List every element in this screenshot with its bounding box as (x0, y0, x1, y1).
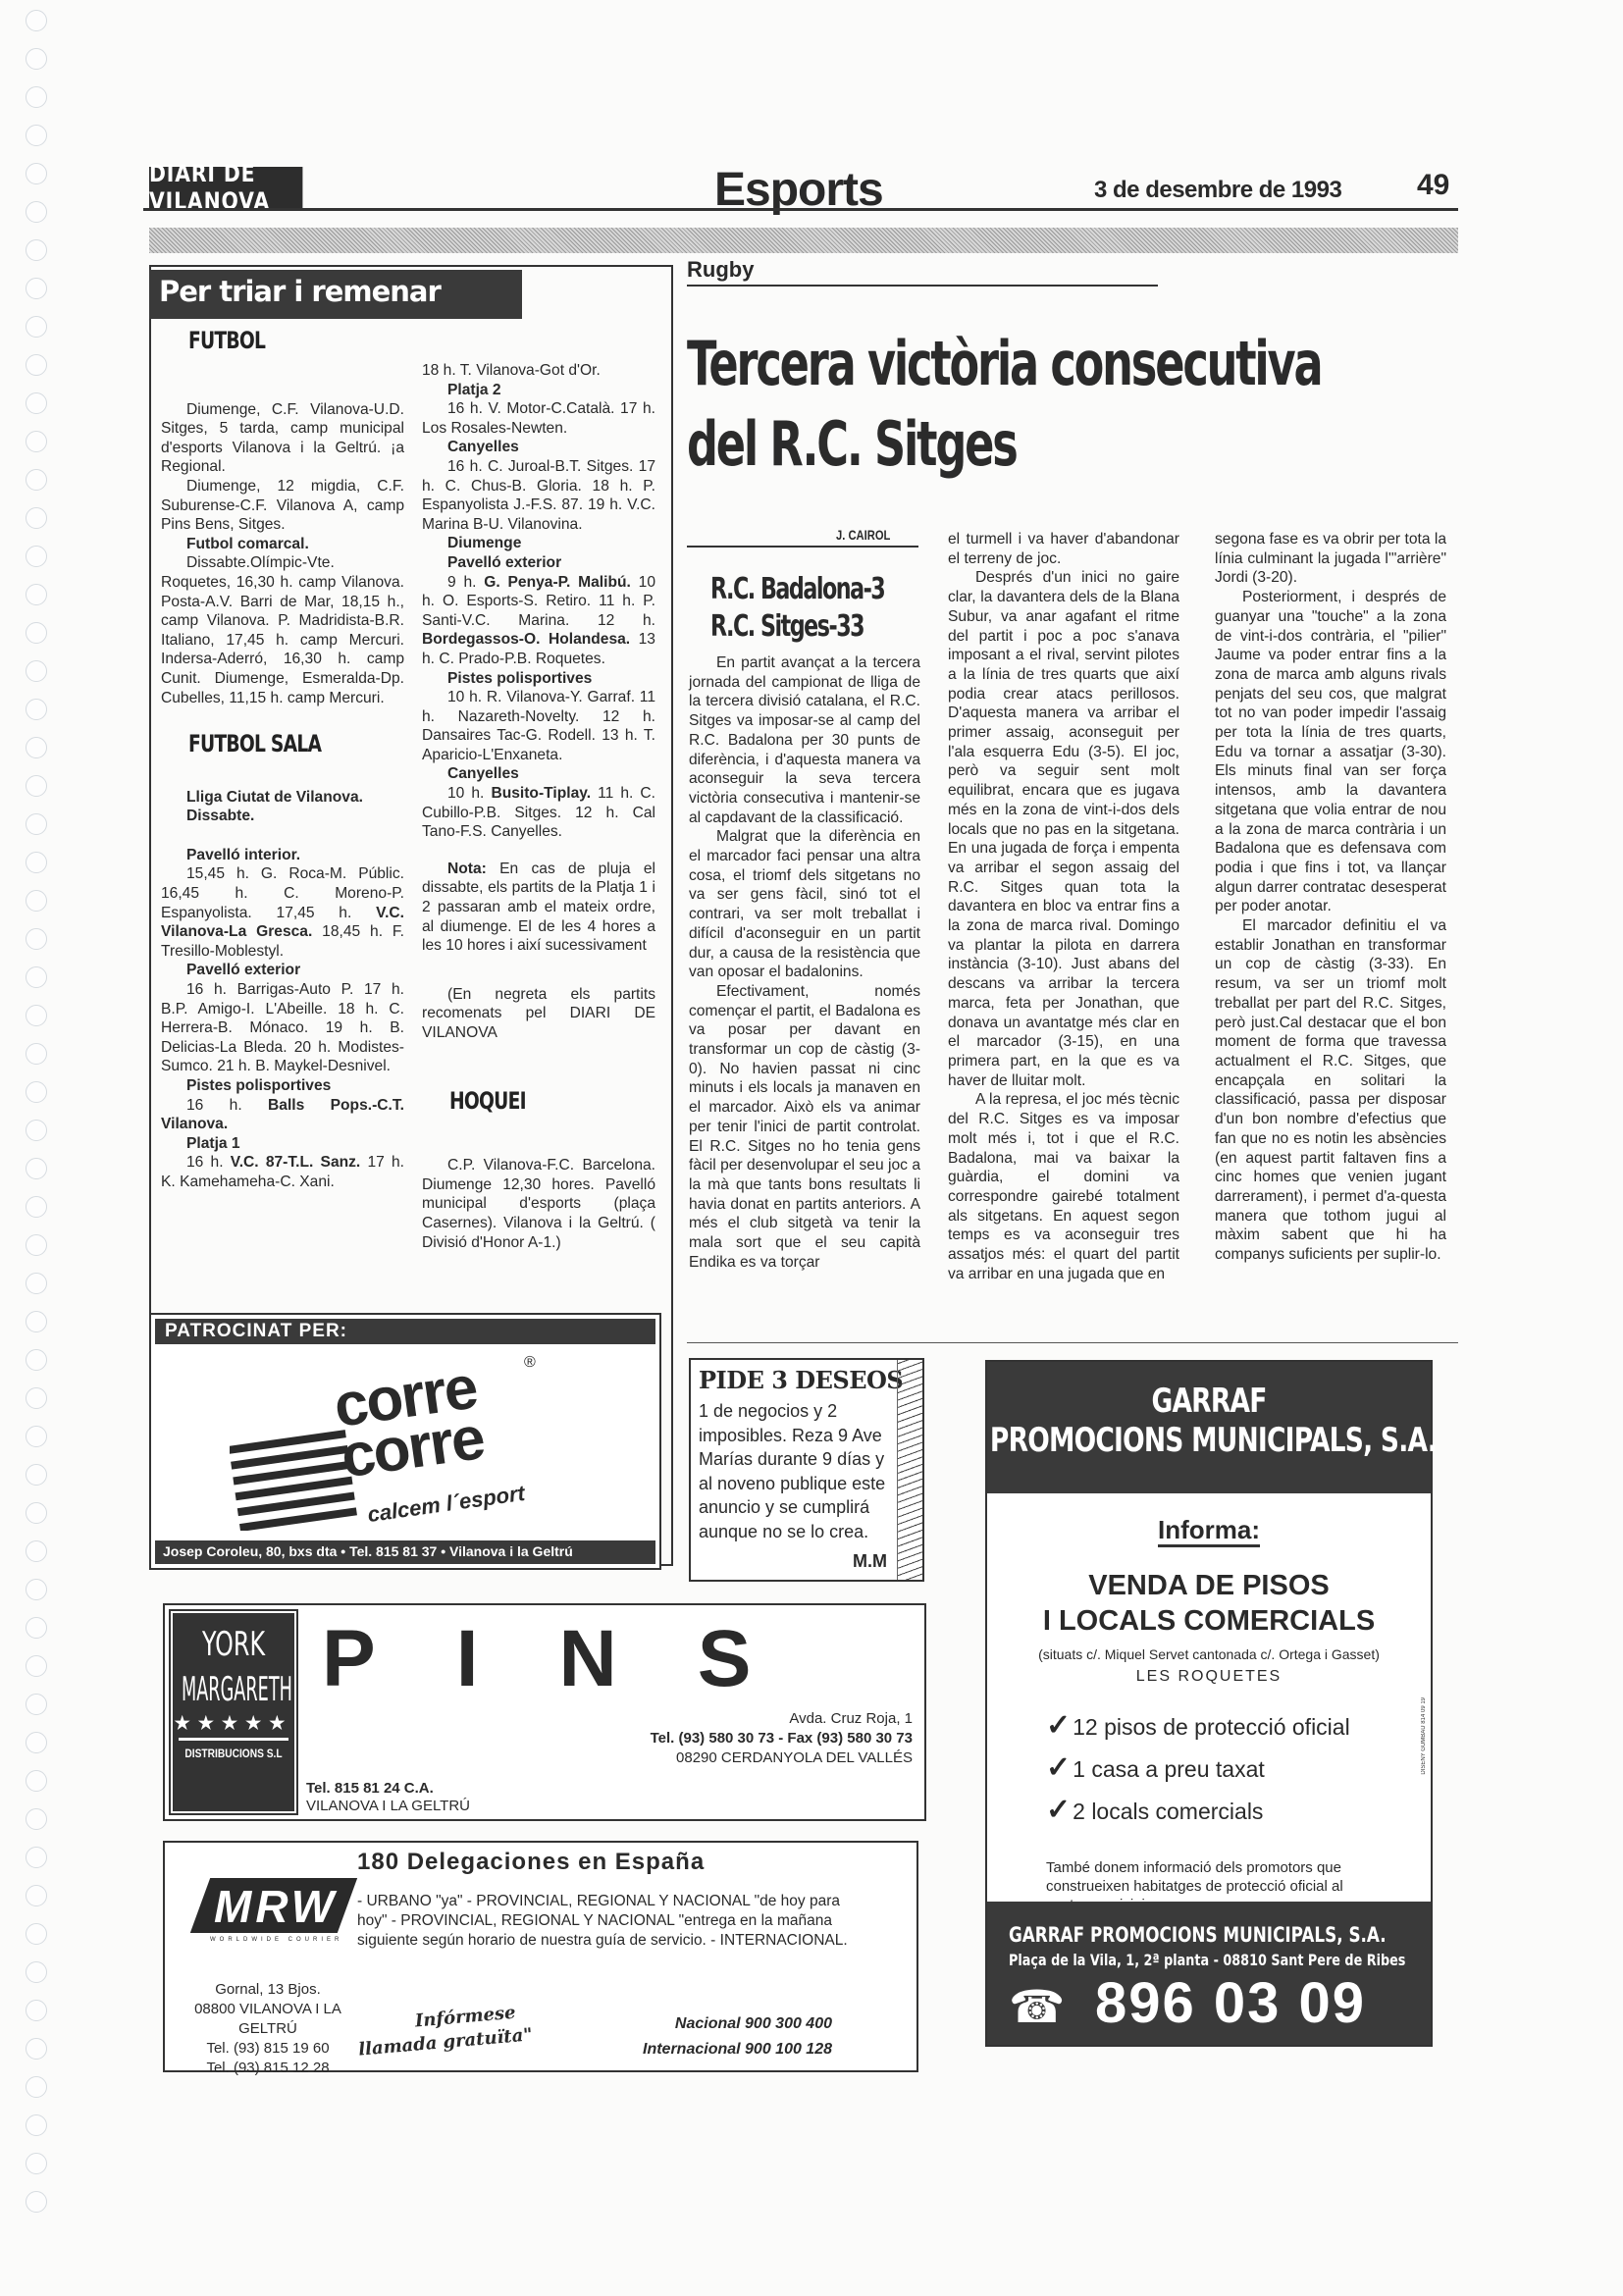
platja1-label: Platja 1 (161, 1134, 404, 1154)
mrw-headline: 180 Delegaciones en España (357, 1849, 705, 1876)
wavy-border-decoration (897, 1360, 922, 1580)
issue-date: 3 de desembre de 1993 (1094, 177, 1341, 204)
canyelles-label: Canyelles (422, 438, 655, 457)
pide-deseos-ad: PIDE 3 DESEOS 1 de negocios y 2 imposibl… (689, 1358, 924, 1582)
york-pins-ad: YORK MARGARETH ★★★★★ DISTRIBUCIONS S.L P… (163, 1603, 926, 1821)
check-icon: ✓ (1046, 1794, 1071, 1826)
platja2-label: Platja 2 (422, 381, 655, 400)
heading-hoquei: HOQUEI (449, 1092, 610, 1112)
futbol-comarcal-label: Futbol comarcal. (161, 535, 404, 554)
dissabte-label: Dissabte. (161, 807, 404, 826)
pavello-exterior-label: Pavelló exterior (422, 553, 655, 573)
article-column-2: el turmell i va haver d'abandonar el ter… (948, 530, 1179, 1283)
header-rule (143, 208, 1458, 211)
mrw-address: Gornal, 13 Bjos. 08800 VILANOVA I LA GEL… (165, 1980, 371, 2078)
canyelles-label: Canyelles (422, 764, 655, 784)
check-icon: ✓ (1046, 1751, 1071, 1784)
garraf-offer-list: ✓12 pisos de protecció oficial ✓1 casa a… (1046, 1705, 1350, 1832)
article-bottom-rule (687, 1342, 1458, 1343)
garraf-location-detail: (situats c/. Miquel Servet cantonada c/.… (987, 1646, 1431, 1662)
heading-futbol: FUTBOL (188, 332, 357, 351)
pistes-label: Pistes polisportives (422, 669, 655, 689)
garraf-title: GARRAF PROMOCIONS MUNICIPALS, S.A. (987, 1362, 1431, 1493)
heading-futbol-sala: FUTBOL SALA (188, 735, 357, 755)
newspaper-logo: DIARI DE VILANOVA (149, 167, 302, 208)
garraf-informa: Informa: (987, 1515, 1431, 1545)
corre-corre-logo: corre corre ® calcem l´esport (230, 1354, 563, 1531)
page-number: 49 (1417, 169, 1449, 202)
futbol-item: Diumenge, C.F. Vilanova-U.D. Sitges, 5 t… (161, 400, 404, 477)
offer-item: ✓2 locals comercials (1046, 1790, 1350, 1832)
canyelles2-text: 10 h. Busito-Tiplay. 11 h. C. Cubillo-P.… (422, 784, 655, 842)
listings-column-1: FUTBOL Diumenge, C.F. Vilanova-U.D. Sitg… (161, 332, 404, 1192)
pins-logo: PINS (322, 1613, 831, 1705)
hoquei-text: C.P. Vilanova-F.C. Barcelona. Diumenge 1… (422, 1156, 655, 1252)
check-icon: ✓ (1046, 1709, 1071, 1742)
article-category: Rugby (687, 257, 754, 283)
platja1-text: 16 h. V.C. 87-T.L. Sanz. 17 h. K. Kameha… (161, 1153, 404, 1191)
mrw-services: - URBANO "ya" - PROVINCIAL, REGIONAL Y N… (357, 1892, 848, 1951)
pavello-exterior-label: Pavelló exterior (161, 961, 404, 980)
futbol-item: Diumenge, 12 migdia, C.F. Suburense-C.F.… (161, 477, 404, 535)
byline: J. CAIROL (836, 527, 890, 543)
mrw-informese: Infórmese llamada gratuïta" (355, 2000, 533, 2061)
mrw-logo: MRW WORLDWIDE COURIER (200, 1878, 347, 1947)
pavello-interior-text: 15,45 h. G. Roca-M. Públic. 16,45 h. C. … (161, 864, 404, 961)
stars-icon: ★★★★★ (173, 1713, 294, 1734)
listings-title: Per triar i remenar (149, 270, 522, 319)
offer-item: ✓1 casa a preu taxat (1046, 1748, 1350, 1790)
sponsor-label: PATROCINAT PER: (155, 1319, 655, 1344)
article-column-3: segona fase es va obrir per tota la líni… (1215, 530, 1446, 1265)
mrw-phone-numbers: Nacional 900 300 400 Internacional 900 1… (557, 2011, 832, 2062)
binder-holes (26, 10, 49, 2229)
pistes-label: Pistes polisportives (161, 1076, 404, 1096)
pide-signature: M.M (853, 1551, 887, 1572)
futbol-comarcal-text: Dissabte.Olímpic-Vte. Roquetes, 16,30 h.… (161, 553, 404, 707)
pins-address: Avda. Cruz Roja, 1 Tel. (93) 580 30 73 -… (651, 1709, 913, 1768)
listing-line: 18 h. T. Vilanova-Got d'Or. (422, 361, 655, 381)
telephone-icon: ☎ (1009, 1980, 1065, 2033)
pide-title: PIDE 3 DESEOS (699, 1366, 903, 1394)
registered-mark: ® (524, 1354, 536, 1372)
listings-column-2: 18 h. T. Vilanova-Got d'Or. Platja 2 16 … (422, 361, 655, 1252)
corre-address: Josep Coroleu, 80, bxs dta • Tel. 815 81… (155, 1540, 655, 1564)
canyelles-text: 16 h. C. Juroal-B.T. Sitges. 17 h. C. Ch… (422, 457, 655, 534)
design-credit: DISENY GUMBAU 814 09 19 (1421, 1697, 1427, 1775)
platja2-text: 16 h. V. Motor-C.Català. 17 h. Los Rosal… (422, 399, 655, 438)
garraf-location: LES ROQUETES (987, 1668, 1431, 1686)
garraf-contact-footer: GARRAF PROMOCIONS MUNICIPALS, S.A. Plaça… (987, 1902, 1431, 2045)
diumenge-label: Diumenge (422, 534, 655, 553)
corre-corre-ad: PATROCINAT PER: corre corre ® calcem l´e… (149, 1313, 661, 1570)
article-column-1: En partit avançat a la tercera jornada d… (689, 653, 920, 1273)
category-rule (687, 285, 1158, 287)
offer-item: ✓12 pisos de protecció oficial (1046, 1705, 1350, 1748)
halftone-divider (149, 228, 1458, 253)
negreta-note: (En negreta els partits recomenats pel D… (422, 985, 655, 1043)
pistes-text: 16 h. Balls Pops.-C.T. Vilanova. (161, 1096, 404, 1134)
byline-rule (687, 546, 918, 548)
article-headline: Tercera victòria consecutiva del R.C. Si… (687, 324, 1323, 485)
pavello-exterior-text: 16 h. Barrigas-Auto P. 17 h. B.P. Amigo-… (161, 980, 404, 1076)
nota-text: Nota: En cas de pluja el dissabte, els p… (422, 860, 655, 956)
pide-body: 1 de negocios y 2 imposibles. Reza 9 Ave… (699, 1399, 895, 1543)
pistes-text: 10 h. R. Vilanova-Y. Garraf. 11 h. Nazar… (422, 688, 655, 764)
pavello-interior-label: Pavelló interior. (161, 846, 404, 865)
york-contact: Tel. 815 81 24 C.A. VILANOVA I LA GELTRÚ (306, 1780, 470, 1815)
garraf-phone: 896 03 09 (1095, 1970, 1366, 2036)
mrw-ad: MRW WORLDWIDE COURIER Gornal, 13 Bjos. 0… (163, 1841, 918, 2072)
diumenge-exterior-text: 9 h. G. Penya-P. Malibú. 10 h. O. Esport… (422, 573, 655, 669)
york-margareth-logo: YORK MARGARETH ★★★★★ DISTRIBUCIONS S.L (171, 1611, 296, 1813)
garraf-promocions-ad: GARRAF PROMOCIONS MUNICIPALS, S.A. Infor… (985, 1360, 1433, 2047)
garraf-venda: VENDA DE PISOS I LOCALS COMERCIALS (987, 1568, 1431, 1639)
lliga-label: Lliga Ciutat de Vilanova. (161, 788, 404, 808)
